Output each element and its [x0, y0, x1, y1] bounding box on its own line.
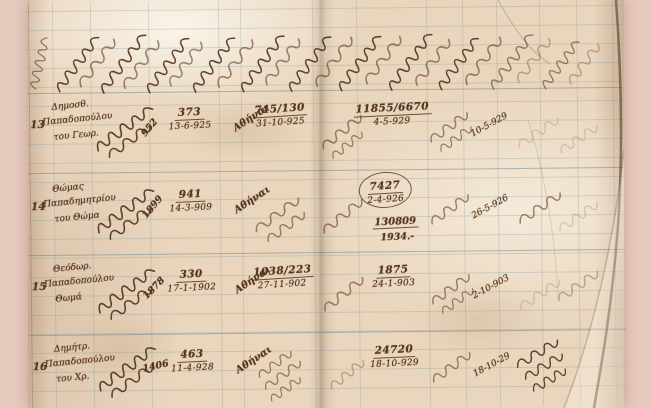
- ledger-row-16: 16 Δημήτρ. Παπαδοπούλου του Χρ. 1406 463…: [29, 329, 626, 408]
- name-scribble: [529, 364, 570, 395]
- name-scribble: [521, 349, 567, 383]
- entry-number: 373: [174, 106, 205, 121]
- ledger-row-15: 15 Θεόδωρ. Παπαδοπούλου Θωμά 1878 330 17…: [29, 249, 626, 335]
- name-scribble: [426, 108, 472, 146]
- ledger-row-14: 14 Θώμας Παπαδημητρίου του Θώμα 1899 941…: [28, 167, 625, 255]
- circled-entry: 74272-4-926: [358, 170, 413, 209]
- ledger-photo: 13 Δημοσθ. Παπαδοπούλου του Γεωρ. 952 37…: [0, 0, 652, 408]
- entry-date: 4-5-929: [354, 115, 430, 128]
- place-name: Αθήναι: [234, 344, 274, 376]
- entry-number: 941: [175, 188, 206, 203]
- registry-entry: 463 11-4-928: [161, 341, 222, 375]
- ghost-scribble: [516, 275, 564, 313]
- name-scribble: [515, 188, 565, 227]
- entry-date: 14-3-909: [161, 202, 221, 215]
- entry-date: 18-10-929: [356, 357, 432, 370]
- name-line: Θεόδωρ.: [53, 261, 92, 275]
- registry-entry: 373 13-6-925: [159, 99, 220, 133]
- entry-number: 330: [176, 268, 207, 283]
- entry-date: 13-6-925: [160, 120, 220, 133]
- entry-date: 24-1-903: [356, 277, 432, 290]
- ghost-scribble: [554, 267, 602, 305]
- entry-number: 7427: [367, 179, 403, 195]
- place-name: Αθήναι: [232, 184, 272, 216]
- ghost-scribble: [514, 113, 562, 151]
- entry-oval: 74272-4-926: [358, 170, 413, 209]
- ledger-page: 13 Δημοσθ. Παπαδοπούλου του Γεωρ. 952 37…: [28, 0, 624, 408]
- name-line: Παπαδοπούλου: [45, 353, 116, 370]
- name-line: Δημήτρ.: [53, 341, 90, 354]
- right-date: 2-10-903: [471, 273, 511, 301]
- name-line: του Θώμα: [54, 210, 100, 224]
- entry-number: 1875: [375, 263, 410, 279]
- name-scribble: [427, 190, 473, 228]
- name-scribble: [428, 348, 474, 386]
- name-line: του Χρ.: [56, 372, 90, 385]
- name-scribble: [428, 270, 474, 308]
- name-scribble: [436, 123, 475, 155]
- page-sheet: 13 Δημοσθ. Παπαδοπούλου του Γεωρ. 952 37…: [26, 0, 626, 408]
- handwriting-scribble: [261, 357, 305, 393]
- name-line: Παπαδημητρίου: [43, 193, 116, 210]
- ghost-scribble: [556, 121, 601, 156]
- entry-number: 24720: [372, 343, 415, 359]
- registry-entry: 745/130 31-10-925: [249, 95, 311, 130]
- handwriting-scribble: [328, 128, 366, 162]
- registry-entry: 24720 18-10-929: [355, 336, 432, 370]
- name-line: Παπαδοπούλου: [42, 111, 113, 128]
- right-date: 10-5-929: [469, 111, 509, 139]
- entry-number: 463: [177, 348, 208, 363]
- name-scribble: [438, 285, 477, 317]
- name-line: Θώμας: [52, 182, 85, 195]
- name-scribble: [513, 335, 562, 371]
- entry-date: 17-1-1902: [162, 282, 222, 295]
- name-line: του Γεωρ.: [53, 128, 99, 142]
- ghost-scribble: [555, 198, 602, 235]
- registry-entry: 11855/6670 4-5-929: [353, 94, 430, 128]
- handwriting-scribble: [263, 208, 309, 246]
- registry-entry: 330 17-1-1902: [161, 261, 222, 295]
- name-line: Δημοσθ.: [51, 99, 89, 113]
- name-line: Παπαδοπούλου: [44, 273, 115, 290]
- registry-entry: 1038/223 27-11-902: [251, 257, 313, 292]
- ledger-row-13: 13 Δημοσθ. Παπαδοπούλου του Γεωρ. 952 37…: [27, 87, 624, 173]
- name-line: Θωμά: [55, 292, 83, 305]
- entry-date: 1934.-: [380, 231, 414, 244]
- entry-date: 11-4-928: [162, 362, 222, 375]
- registry-entry: 941 14-3-909: [160, 181, 221, 215]
- registry-entry: 1875 24-1-903: [355, 256, 432, 290]
- handwriting-scribble: [267, 374, 304, 405]
- entry-number: 130809: [372, 215, 418, 229]
- entry-date: 2-4-926: [367, 194, 404, 206]
- right-date: 18-10-29: [472, 351, 512, 379]
- year-number: 952: [139, 117, 160, 139]
- right-date: 26-5-926: [470, 193, 510, 221]
